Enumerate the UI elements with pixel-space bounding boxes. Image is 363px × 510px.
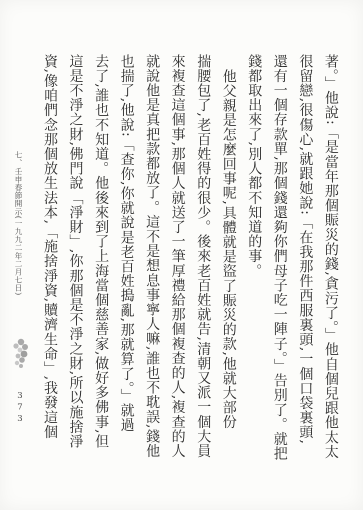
text-column: 還有一個存款單,那個錢還夠你們母子吃一陣子。」告別了。就把 [272,54,287,496]
text-column: 也揣了,他說:「查你,你就說是老百姓搗亂,那就算了。」就過 [119,54,134,496]
text-column: 這是不淨之財,佛門說「淨財」,你那個是不淨之財,所以施捨淨 [68,54,83,496]
text-column: 揣腰包了,老百姓得的很少。後來老百姓就告,清朝又派一個大員 [195,54,210,496]
chapter-margin-label: 七、壬申春節開示(一九九二年二月七日) [13,151,24,296]
text-column: 很留戀,很傷心,就跟她說:「在我那件西服裏頭,一個口袋裏頭, [297,54,312,496]
text-column: 著。」他說:「是當年那個賑災的錢,貪污了。」他自個兒跟他太太 [323,54,338,496]
text-column: 他父親是怎麼回事呢,具體就是盜了賑災的款,他就大部份 [221,54,236,496]
text-column: 就說他是真把款都放了。這不是想息事寧人嘛,誰也不耽誤,錢他 [144,54,159,496]
book-page: 著。」他說:「是當年那個賑災的錢,貪污了。」他自個兒跟他太太 很留戀,很傷心,就… [0,0,363,510]
text-column: 去了,誰也不知道。他後來到了上海當個慈善家,做好多佛事,但 [93,54,108,496]
text-column: 錢都取出來了,別人都不知道的事。 [246,54,261,496]
page-number: 373 [15,391,25,426]
text-column: 資,像咱們念那個放生法本,「施捨淨資,贖濟生命」,我發這個 [42,54,57,496]
text-column: 來複查這個事,那個人就送了一筆厚禮給那個複查的人,複查的人 [170,54,185,496]
body-text: 著。」他說:「是當年那個賑災的錢,貪污了。」他自個兒跟他太太 很留戀,很傷心,就… [42,54,338,496]
flower-ornament-icon [8,336,34,374]
